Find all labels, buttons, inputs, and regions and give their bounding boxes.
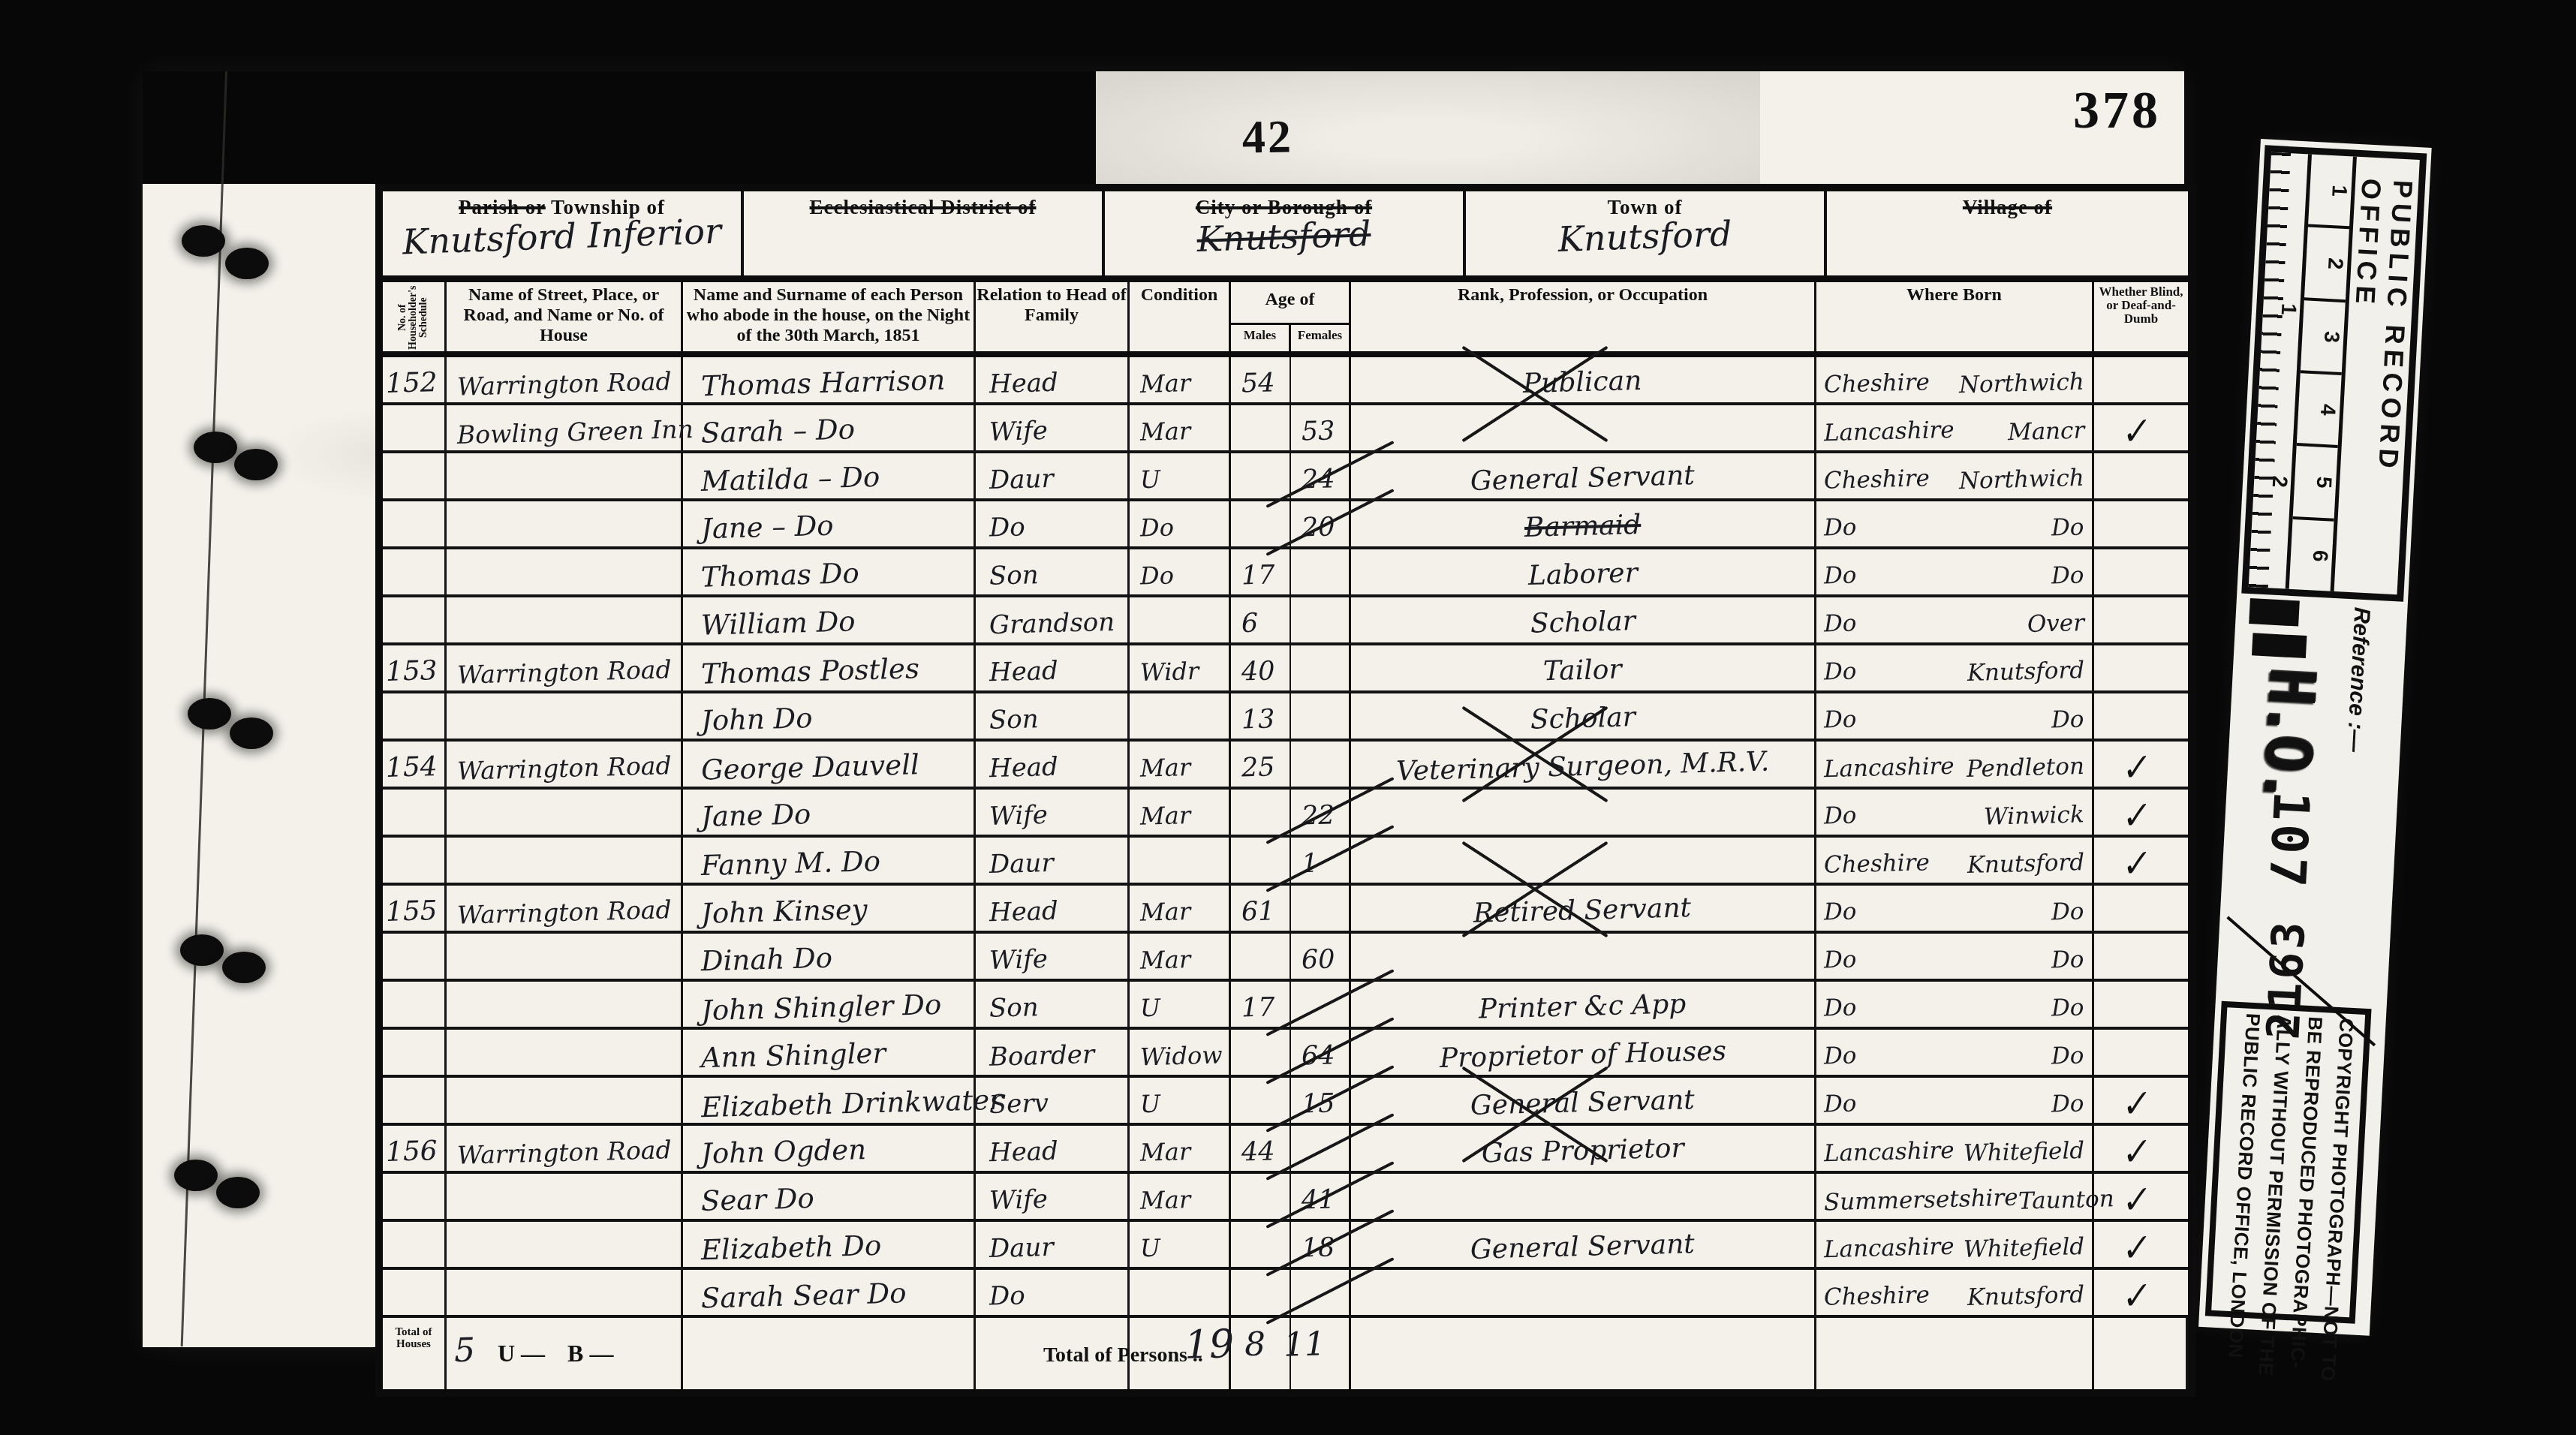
col-where-born: Where Born: [1816, 282, 2094, 351]
relation: Grandson: [976, 597, 1130, 642]
ruler-cm-4: 4: [2297, 373, 2342, 448]
occupation: Laborer: [1351, 549, 1816, 594]
relation: Boarder: [976, 1030, 1130, 1075]
condition: [1130, 597, 1231, 642]
birthplace: DoOver: [1816, 597, 2094, 642]
age-males: [1231, 1270, 1291, 1316]
street-name: [447, 501, 683, 546]
relation: Do: [976, 1270, 1130, 1316]
birthplace: DoKnutsford: [1816, 645, 2094, 690]
age-females: 18: [1291, 1222, 1351, 1268]
age-females: 22: [1291, 790, 1351, 836]
birthplace: CheshireKnutsford: [1816, 1270, 2094, 1316]
relation: Daur: [976, 453, 1130, 498]
total-uninhabited-mark: U —: [498, 1340, 545, 1367]
blind-deaf-mark: ✓: [2094, 1174, 2188, 1220]
blind-deaf-mark: ✓: [2094, 838, 2188, 884]
birthplace: DoWinwick: [1816, 790, 2094, 836]
schedule-number: [383, 597, 447, 642]
ruler-cm-3: 3: [2301, 300, 2346, 375]
birthplace: LancashireMancr: [1816, 405, 2094, 452]
condition: Mar: [1130, 934, 1231, 979]
age-males: 44: [1231, 1126, 1291, 1172]
pro-reference-section: Reference :— H.O. 107 2163: [2215, 593, 2408, 1021]
relation: Daur: [976, 838, 1130, 884]
age-of-label: Age of: [1231, 285, 1349, 325]
condition: U: [1130, 982, 1231, 1027]
ruler-inch-1: 1: [2277, 302, 2301, 315]
table-row: John Shingler DoSonU17Printer &c AppDoDo: [383, 982, 2188, 1030]
age-males-label: Males: [1231, 325, 1291, 351]
birthplace: DoDo: [1816, 549, 2094, 594]
age-males: [1231, 790, 1291, 836]
reference-series: 107: [2258, 790, 2321, 891]
street-name: Warrington Road: [447, 886, 683, 931]
table-row: 153Warrington RoadThomas PostlesHeadWidr…: [383, 645, 2188, 693]
street-name: Warrington Road: [447, 742, 683, 788]
age-males: 17: [1231, 982, 1291, 1027]
condition: [1130, 693, 1231, 739]
punch-hole: [194, 432, 237, 463]
schedule-number: [383, 453, 447, 498]
column-header-row: No. of Householder's Schedule Name of St…: [383, 282, 2188, 357]
punch-hole: [174, 1160, 218, 1191]
parish-label-struck: Parish or: [459, 196, 546, 218]
age-females: [1291, 549, 1351, 594]
person-name: Jane Do: [683, 790, 976, 836]
total-houses-label: Total of Houses: [383, 1318, 447, 1389]
person-name: John Kinsey: [683, 886, 976, 931]
blind-deaf-mark: ✓: [2094, 1078, 2188, 1124]
blind-deaf-mark: [2094, 645, 2188, 690]
age-females: 15: [1291, 1078, 1351, 1124]
birthplace: DoDo: [1816, 886, 2094, 931]
birthplace: DoDo: [1816, 1030, 2094, 1075]
table-row: Elizabeth DrinkwaterServU15General Serva…: [383, 1078, 2188, 1126]
schedule-number: [383, 982, 447, 1027]
occupation: [1351, 934, 1816, 979]
total-houses-values: 5 U — B —: [447, 1318, 683, 1389]
ruler-inch-2: 2: [2268, 475, 2292, 488]
relation: Son: [976, 982, 1130, 1027]
header-city-borough: City or Borough of Knutsford: [1105, 191, 1466, 275]
blind-deaf-mark: ✓: [2094, 405, 2188, 452]
occupation: Tailor: [1351, 645, 1816, 690]
total-building-mark: B —: [567, 1340, 613, 1367]
street-name: [447, 838, 683, 884]
relation: Son: [976, 549, 1130, 594]
col-condition: Condition: [1130, 282, 1231, 351]
birthplace: LancashireWhitefield: [1816, 1222, 2094, 1268]
table-row: Ann ShinglerBoarderWidow64Proprietor of …: [383, 1030, 2188, 1078]
person-name: Thomas Do: [683, 549, 976, 594]
census-scan-page: 42 378 Parish or Township of Knutsford I…: [0, 0, 2576, 1435]
condition: Do: [1130, 501, 1231, 546]
blind-deaf-mark: [2094, 597, 2188, 642]
ruler-cm-5: 5: [2293, 446, 2338, 521]
ruler-cm-1: 1: [2308, 155, 2353, 230]
birthplace: CheshireNorthwich: [1816, 453, 2094, 498]
schedule-number: 156: [383, 1126, 447, 1172]
street-name: [447, 1270, 683, 1316]
age-males: [1231, 1078, 1291, 1124]
relation: Head: [976, 886, 1130, 931]
occupation: [1351, 405, 1816, 452]
relation: Son: [976, 693, 1130, 739]
schedule-number: [383, 549, 447, 594]
age-females: 64: [1291, 1030, 1351, 1075]
occupation: General Servant: [1351, 1222, 1816, 1268]
street-name: [447, 597, 683, 642]
street-name: [447, 1174, 683, 1220]
table-row: Jane DoWifeMar22DoWinwick✓: [383, 790, 2188, 838]
person-name: William Do: [683, 597, 976, 642]
total-persons-label: Total of Persons ..: [1043, 1343, 1203, 1367]
folio-number: 378: [2073, 81, 2161, 141]
person-name: John Do: [683, 693, 976, 739]
age-males: [1231, 501, 1291, 546]
birthplace: SummersetshireTaunton: [1816, 1174, 2094, 1220]
relation: Wife: [976, 405, 1130, 452]
condition: U: [1130, 1222, 1231, 1268]
blind-deaf-mark: [2094, 453, 2188, 498]
col-age: Age of Males Females: [1231, 282, 1351, 351]
table-body: 152Warrington RoadThomas HarrisonHeadMar…: [383, 357, 2188, 1318]
condition: Mar: [1130, 1126, 1231, 1172]
census-table: Parish or Township of Knutsford Inferior…: [375, 184, 2195, 1397]
occupation: Veterinary Surgeon, M.R.V.: [1351, 742, 1816, 788]
district-header-row: Parish or Township of Knutsford Inferior…: [383, 191, 2188, 282]
age-females: [1291, 742, 1351, 788]
table-row: William DoGrandson6ScholarDoOver: [383, 597, 2188, 645]
condition: Mar: [1130, 357, 1231, 402]
ecclesiastical-label-struck: Ecclesiastical District of: [810, 196, 1037, 218]
age-females: 20: [1291, 501, 1351, 546]
age-males: 25: [1231, 742, 1291, 788]
condition: Mar: [1130, 886, 1231, 931]
street-name: [447, 1222, 683, 1268]
relation: Serv: [976, 1078, 1130, 1124]
age-males: [1231, 1174, 1291, 1220]
age-females: 53: [1291, 405, 1351, 452]
birthplace: DoDo: [1816, 934, 2094, 979]
header-town: Town of Knutsford: [1466, 191, 1827, 275]
col-relation: Relation to Head of Family: [976, 282, 1130, 351]
person-name: Ann Shingler: [683, 1030, 976, 1075]
occupation: General Servant: [1351, 1078, 1816, 1124]
page-number: 42: [1241, 110, 1293, 164]
pro-ruler: 1 2 1 2 3 4 5 6 PUBLIC RECORD OFFICE: [2241, 145, 2427, 601]
birthplace: DoDo: [1816, 501, 2094, 546]
person-name: Dinah Do: [683, 934, 976, 979]
age-females: 60: [1291, 934, 1351, 979]
age-females: [1291, 693, 1351, 739]
condition: Do: [1130, 549, 1231, 594]
age-males: [1231, 1222, 1291, 1268]
occupation: Printer &c App: [1351, 982, 1816, 1027]
person-name: Fanny M. Do: [683, 838, 976, 884]
person-name: Elizabeth Do: [683, 1222, 976, 1268]
condition: Mar: [1130, 1174, 1231, 1220]
total-spacer: [2094, 1318, 2188, 1389]
street-name: Warrington Road: [447, 645, 683, 690]
occupation: Retired Servant: [1351, 886, 1816, 931]
age-females: [1291, 1126, 1351, 1172]
relation: Daur: [976, 1222, 1130, 1268]
blind-deaf-mark: ✓: [2094, 1270, 2188, 1316]
schedule-number: 155: [383, 886, 447, 931]
occupation: Barmaid: [1351, 501, 1816, 546]
village-label-struck: Village of: [1963, 196, 2052, 218]
totals-row: Total of Houses 5 U — B — Total of Perso…: [383, 1318, 2188, 1389]
age-males: 17: [1231, 549, 1291, 594]
person-name: Elizabeth Drinkwater: [683, 1078, 976, 1124]
table-row: Jane – DoDoDo20BarmaidDoDo: [383, 501, 2188, 549]
occupation: Proprietor of Houses: [1351, 1030, 1816, 1075]
relation: Do: [976, 501, 1130, 546]
punch-hole: [222, 952, 266, 983]
age-males: [1231, 453, 1291, 498]
table-row: Dinah DoWifeMar60DoDo: [383, 934, 2188, 982]
table-row: Elizabeth DoDaurU18General ServantLancas…: [383, 1222, 2188, 1270]
age-males: [1231, 405, 1291, 452]
reference-label: Reference :—: [2341, 606, 2374, 753]
total-spacer: [1351, 1318, 1816, 1389]
punch-hole: [234, 449, 278, 480]
condition: [1130, 1270, 1231, 1316]
person-name: Thomas Harrison: [683, 357, 976, 402]
schedule-number: [383, 1078, 447, 1124]
condition: Widr: [1130, 645, 1231, 690]
ink-blob: [2252, 633, 2307, 658]
blind-deaf-mark: [2094, 501, 2188, 546]
blind-deaf-mark: ✓: [2094, 1126, 2188, 1172]
schedule-number: [383, 501, 447, 546]
occupation: General Servant: [1351, 453, 1816, 498]
age-females: [1291, 645, 1351, 690]
total-spacer: [1816, 1318, 2094, 1389]
table-row: Sarah Sear DoDoCheshireKnutsford✓: [383, 1270, 2188, 1318]
relation: Head: [976, 1126, 1130, 1172]
occupation: Publican: [1351, 357, 1816, 402]
age-males: 6: [1231, 597, 1291, 642]
occupation: [1351, 838, 1816, 884]
occupation: Scholar: [1351, 693, 1816, 739]
schedule-number: [383, 1270, 447, 1316]
punch-hole: [188, 698, 231, 730]
person-name: Matilda – Do: [683, 453, 976, 498]
table-row: 152Warrington RoadThomas HarrisonHeadMar…: [383, 357, 2188, 405]
schedule-number: 154: [383, 742, 447, 788]
occupation: [1351, 1270, 1816, 1316]
age-females: [1291, 597, 1351, 642]
age-females: [1291, 1270, 1351, 1316]
table-row: Sear DoWifeMar41SummersetshireTaunton✓: [383, 1174, 2188, 1222]
total-males-count: 8: [1244, 1325, 1265, 1364]
street-name: Warrington Road: [447, 1126, 683, 1172]
street-name: [447, 453, 683, 498]
blind-deaf-mark: [2094, 982, 2188, 1027]
condition: Mar: [1130, 742, 1231, 788]
table-row: Matilda – DoDaurU24General ServantCheshi…: [383, 453, 2188, 501]
total-females-count: 11: [1283, 1325, 1326, 1364]
schedule-number: [383, 1030, 447, 1075]
street-name: [447, 1030, 683, 1075]
birthplace: DoDo: [1816, 982, 2094, 1027]
relation: Wife: [976, 1174, 1130, 1220]
condition: Widow: [1130, 1030, 1231, 1075]
person-name: Sarah – Do: [683, 405, 976, 452]
schedule-number: [383, 1174, 447, 1220]
street-name: Warrington Road: [447, 357, 683, 402]
table-row: 155Warrington RoadJohn KinseyHeadMar61Re…: [383, 886, 2188, 934]
blind-deaf-mark: [2094, 934, 2188, 979]
table-row: 154Warrington RoadGeorge DauvellHeadMar2…: [383, 742, 2188, 790]
table-row: Fanny M. DoDaur1CheshireKnutsford✓: [383, 838, 2188, 886]
relation: Head: [976, 357, 1130, 402]
birthplace: DoDo: [1816, 693, 2094, 739]
blind-deaf-mark: ✓: [2094, 790, 2188, 836]
condition: U: [1130, 453, 1231, 498]
birthplace: CheshireKnutsford: [1816, 838, 2094, 884]
blind-deaf-mark: [2094, 549, 2188, 594]
total-houses-count: 5: [453, 1331, 475, 1370]
age-females: [1291, 982, 1351, 1027]
ruler-cm-2: 2: [2304, 227, 2349, 302]
col-name-surname: Name and Surname of each Person who abod…: [683, 282, 976, 351]
public-record-office-strip: 1 2 1 2 3 4 5 6 PUBLIC RECORD OFFICE Ref…: [2198, 139, 2432, 1336]
blind-deaf-mark: [2094, 1030, 2188, 1075]
birthplace: LancashirePendleton: [1816, 742, 2094, 788]
punch-hole: [182, 225, 225, 257]
age-males: 40: [1231, 645, 1291, 690]
street-name: [447, 693, 683, 739]
ink-blob: [2249, 598, 2300, 626]
relation: Head: [976, 742, 1130, 788]
person-name: Sarah Sear Do: [683, 1270, 976, 1316]
age-females: 24: [1291, 453, 1351, 498]
punch-hole: [230, 717, 273, 749]
street-name: [447, 982, 683, 1027]
schedule-number: 152: [383, 357, 447, 402]
relation: Head: [976, 645, 1130, 690]
street-name: [447, 1078, 683, 1124]
table-row: Thomas DoSonDo17LaborerDoDo: [383, 549, 2188, 597]
birthplace: CheshireNorthwich: [1816, 357, 2094, 402]
age-females-label: Females: [1291, 325, 1349, 351]
age-females: [1291, 357, 1351, 402]
street-name: [447, 934, 683, 979]
street-name: [447, 790, 683, 836]
folio-patch: [1096, 71, 1760, 184]
age-females: 41: [1291, 1174, 1351, 1220]
copyright-notice: COPYRIGHT PHOTOGRAPH—NOT TO BE REPRODUCE…: [2205, 1001, 2372, 1324]
birthplace: DoDo: [1816, 1078, 2094, 1124]
occupation: [1351, 790, 1816, 836]
schedule-number: [383, 405, 447, 452]
age-males: 54: [1231, 357, 1291, 402]
schedule-number: 153: [383, 645, 447, 690]
punch-hole: [180, 934, 224, 966]
table-row: John DoSon13ScholarDoDo: [383, 693, 2188, 742]
table-row: 156Warrington RoadJohn OgdenHeadMar44Gas…: [383, 1126, 2188, 1174]
person-name: Sear Do: [683, 1174, 976, 1220]
condition: [1130, 838, 1231, 884]
blind-deaf-mark: ✓: [2094, 742, 2188, 788]
condition: U: [1130, 1078, 1231, 1124]
age-males: 13: [1231, 693, 1291, 739]
street-name: [447, 549, 683, 594]
occupation: [1351, 1174, 1816, 1220]
blind-deaf-mark: [2094, 357, 2188, 402]
condition: Mar: [1130, 405, 1231, 452]
punch-hole: [216, 1177, 260, 1208]
relation: Wife: [976, 790, 1130, 836]
age-males: 61: [1231, 886, 1291, 931]
schedule-number: [383, 934, 447, 979]
person-name: Jane – Do: [683, 501, 976, 546]
header-parish-township: Parish or Township of Knutsford Inferior: [383, 191, 744, 275]
condition: Mar: [1130, 790, 1231, 836]
total-spacer: [683, 1318, 976, 1389]
occupation: Scholar: [1351, 597, 1816, 642]
ruler-cm-6: 6: [2289, 519, 2334, 591]
scan-shadow: [143, 71, 1096, 184]
street-name: Bowling Green Inn: [447, 405, 683, 452]
age-females: [1291, 886, 1351, 931]
age-males: [1231, 934, 1291, 979]
reference-stamp-ho: H.O.: [2249, 666, 2329, 804]
person-name: John Shingler Do: [683, 982, 976, 1027]
schedule-number: [383, 1222, 447, 1268]
header-ecclesiastical-district: Ecclesiastical District of: [744, 191, 1105, 275]
col-blind-deaf: Whether Blind, or Deaf-and-Dumb: [2094, 282, 2188, 351]
col-occupation: Rank, Profession, or Occupation: [1351, 282, 1816, 351]
punch-hole: [225, 248, 269, 279]
relation: Wife: [976, 934, 1130, 979]
birthplace: LancashireWhitefield: [1816, 1126, 2094, 1172]
header-village: Village of: [1827, 191, 2188, 275]
total-persons-count: 19: [1184, 1322, 1235, 1368]
schedule-number: [383, 693, 447, 739]
person-name: Thomas Postles: [683, 645, 976, 690]
person-name: George Dauvell: [683, 742, 976, 788]
person-name: John Ogden: [683, 1126, 976, 1172]
table-row: Bowling Green InnSarah – DoWifeMar53Lanc…: [383, 405, 2188, 453]
occupation: Gas Proprietor: [1351, 1126, 1816, 1172]
schedule-number: [383, 790, 447, 836]
blind-deaf-mark: [2094, 886, 2188, 931]
col-schedule-number: No. of Householder's Schedule: [383, 282, 447, 351]
blind-deaf-mark: [2094, 693, 2188, 739]
age-females: 1: [1291, 838, 1351, 884]
col-street: Name of Street, Place, or Road, and Name…: [447, 282, 683, 351]
schedule-number: [383, 838, 447, 884]
age-males: [1231, 1030, 1291, 1075]
blind-deaf-mark: ✓: [2094, 1222, 2188, 1268]
age-males: [1231, 838, 1291, 884]
